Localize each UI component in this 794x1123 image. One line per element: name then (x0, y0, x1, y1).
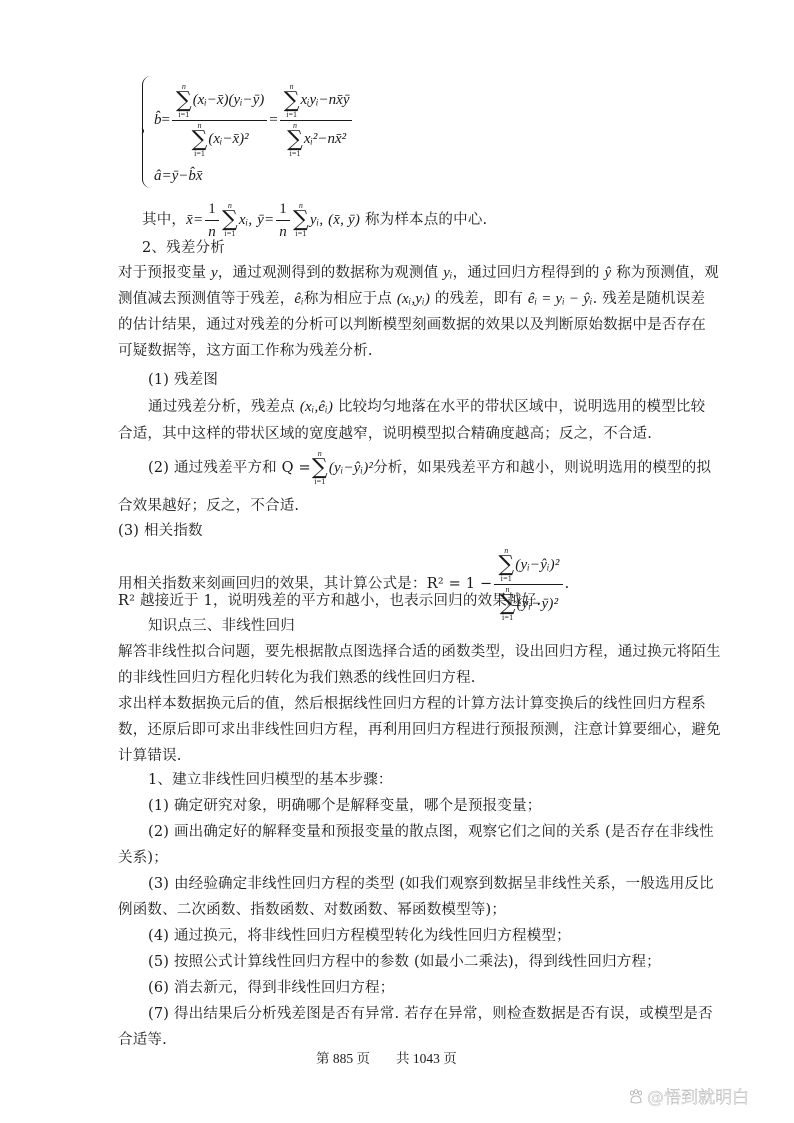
sum-lower: i=1 (194, 150, 205, 158)
summation: n ∑ i=1 (287, 122, 303, 158)
text: . 残差是随机误差 (593, 291, 706, 307)
sum-lower: i=1 (290, 150, 301, 158)
fraction-rule (205, 220, 219, 221)
summation: n ∑ i=1 (312, 450, 328, 486)
page-number-total: 共 1043 页 (396, 1051, 457, 1066)
paragraph-line: 的估计结果，通过对残差的分析可以判断模型刻画数据的效果以及判断原始数据中是否存在 (118, 315, 688, 335)
xbar-def: x̄= (186, 210, 203, 230)
summation: n ∑ i=1 (192, 122, 208, 158)
text: ，通过回归方程得到的 (453, 265, 605, 281)
denominator: n ∑ i=1 (xᵢ−x̄)² (188, 122, 252, 158)
subheading-correlation-index: (3) 相关指数 (118, 521, 688, 541)
step-item-continuation: 例函数、二次函数、指数函数、对数函数、幂函数模型等)； (118, 900, 688, 920)
fraction-rule (494, 584, 562, 585)
fraction-rule (276, 220, 290, 221)
text: 对于预报变量 (118, 265, 211, 281)
ybar-def: ȳ= (257, 210, 274, 230)
fraction-rule (280, 120, 353, 121)
paragraph-line: 通过残差分析，残差点 (xᵢ,êᵢ) 比较均匀地落在水平的带状区域中，说明选用的… (148, 397, 688, 417)
sample-center-definition: 其中， x̄= 1 n n ∑ i=1 xᵢ, ȳ= 1 n n ∑ i=1 y… (142, 202, 712, 238)
paragraph-line: 可疑数据等，这方面工作称为残差分析. (118, 341, 688, 361)
fraction-rule (172, 120, 267, 121)
sigma-icon: ∑ (287, 130, 303, 150)
step-item: (2) 画出确定好的解释变量和预报变量的散点图，观察它们之间的关系 (是否存在非… (148, 822, 688, 842)
math: (yᵢ−ŷᵢ)² (329, 458, 373, 478)
text: 称为样本点的中心. (365, 210, 487, 230)
numerator-expr: xᵢyᵢ−nx̄ȳ (300, 92, 349, 109)
one-over-n: 1 n (276, 199, 290, 242)
regression-coefficient-formulas: b̂ = n ∑ i=1 (xᵢ−x̄)(yᵢ−ȳ) n ∑ i=1 (142, 74, 402, 192)
math: êᵢ = yᵢ − ŷᵢ (528, 291, 593, 307)
summation: n ∑ i=1 (176, 83, 192, 119)
numerator: n ∑ i=1 (yᵢ−ŷᵢ)² (494, 547, 562, 583)
document-page: b̂ = n ∑ i=1 (xᵢ−x̄)(yᵢ−ȳ) n ∑ i=1 (0, 0, 794, 1123)
text: (2) 通过残差平方和 Q = (148, 458, 311, 478)
paragraph-line: 合效果越好；反之，不合适. (118, 496, 688, 516)
sum-lower: i=1 (224, 230, 235, 238)
math: yᵢ (443, 265, 452, 281)
sum-lower: i=1 (286, 111, 297, 119)
sigma-icon: ∑ (293, 210, 309, 230)
sum-lower: i=1 (178, 111, 189, 119)
page-footer: 第 885 页共 1043 页 (316, 1047, 483, 1067)
section-heading-residual-analysis: 2、残差分析 (142, 238, 712, 258)
numerator: 1 (205, 199, 219, 219)
fraction-2: n ∑ i=1 xᵢyᵢ−nx̄ȳ n ∑ i=1 xᵢ²−nx̄² (280, 83, 353, 158)
yi: yᵢ, (310, 210, 323, 230)
math: êᵢ (294, 291, 303, 307)
summation: n ∑ i=1 (222, 202, 238, 238)
paragraph-line: 对于预报变量 y，通过观测得到的数据称为观测值 yᵢ，通过回归方程得到的 ŷ 称… (118, 263, 688, 283)
sigma-icon: ∑ (192, 130, 208, 150)
step-item-continuation: 关系)； (118, 848, 688, 868)
text: 称为预测值，观 (611, 265, 719, 281)
numerator: 1 (276, 199, 290, 219)
section-heading-nonlinear-regression: 知识点三、非线性回归 (148, 616, 688, 636)
text: 比较均匀地落在水平的带状区域中，说明选用的模型比较 (333, 399, 705, 415)
text: 的残差，即有 (430, 291, 528, 307)
xi: xᵢ, (239, 210, 252, 230)
math: y (211, 265, 218, 281)
numerator: n ∑ i=1 xᵢyᵢ−nx̄ȳ (280, 83, 353, 119)
a-hat-equation: â=ȳ−b̂x̄ (154, 168, 203, 185)
left-brace (142, 76, 151, 188)
sigma-icon: ∑ (176, 91, 192, 111)
sigma-icon: ∑ (284, 91, 300, 111)
r-squared-conclusion: R² 越接近于 1，说明残差的平方和越小，也表示回归的效果越好. (118, 591, 688, 611)
one-over-n: 1 n (205, 199, 219, 242)
b-hat-symbol: b̂ (154, 112, 162, 129)
numerator: n ∑ i=1 (xᵢ−x̄)(yᵢ−ȳ) (172, 83, 267, 119)
steps-heading: 1、建立非线性回归模型的基本步骤： (148, 770, 688, 790)
sum-lower: i=1 (501, 575, 512, 583)
math: (xᵢ,yᵢ) (397, 291, 430, 307)
paragraph-line: 的非线性回归方程化归转化为我们熟悉的线性回归方程. (118, 668, 688, 688)
paragraph-line: 合适，其中这样的带状区域的宽度越窄，说明模型拟合精确度越高；反之，不合适. (118, 424, 688, 444)
step-item: (6) 消去新元，得到非线性回归方程； (148, 978, 688, 998)
step-item: (3) 由经验确定非线性回归方程的类型 (如我们观察到数据呈非线性关系，一般选用… (148, 874, 688, 894)
text: 其中， (142, 210, 186, 230)
sigma-icon: ∑ (222, 210, 238, 230)
paragraph-line: 解答非线性拟合问题，要先根据散点图选择合适的函数类型，设出回归方程，通过换元将陌… (118, 642, 688, 662)
text: 称为相应于点 (304, 291, 397, 307)
equals-sign: = (162, 112, 170, 129)
sigma-icon: ∑ (312, 458, 328, 478)
text: 测值减去预测值等于残差， (118, 291, 294, 307)
denominator-expr: (xᵢ−x̄)² (208, 131, 248, 148)
summation: n ∑ i=1 (284, 83, 300, 119)
sum-lower: i=1 (314, 478, 325, 486)
page-number-current: 第 885 页 (316, 1051, 370, 1066)
paragraph-line: 测值减去预测值等于残差，êᵢ称为相应于点 (xᵢ,yᵢ) 的残差，即有 êᵢ =… (118, 289, 688, 309)
step-item: (7) 得出结果后分析残差图是否有异常. 若存在异常，则检查数据是否有误，或模型… (148, 1004, 688, 1024)
equals-sign: = (269, 112, 277, 129)
step-item: (4) 通过换元，将非线性回归方程模型转化为线性回归方程模型； (148, 926, 688, 946)
text: ，通过观测得到的数据称为观测值 (218, 265, 443, 281)
denominator: n ∑ i=1 xᵢ²−nx̄² (283, 122, 349, 158)
numerator-expr: (yᵢ−ŷᵢ)² (515, 555, 559, 575)
fraction-1: n ∑ i=1 (xᵢ−x̄)(yᵢ−ȳ) n ∑ i=1 (xᵢ−x̄)² (172, 83, 267, 158)
center-pair: (x̄, ȳ) (328, 210, 360, 230)
sum-lower: i=1 (295, 230, 306, 238)
paragraph-line: 求出样本数据换元后的值，然后根据线性回归方程的计算方法计算变换后的线性回归方程系 (118, 694, 688, 714)
subheading-residual-plot: (1) 残差图 (148, 370, 688, 390)
paragraph-line: 计算错误. (118, 746, 688, 766)
denominator-expr: xᵢ²−nx̄² (304, 131, 346, 148)
watermark: @悟到就明白 (628, 1083, 749, 1108)
residual-sum-of-squares-line: (2) 通过残差平方和 Q = n ∑ i=1 (yᵢ−ŷᵢ)² 分析，如果残差… (148, 448, 688, 488)
step-item: (1) 确定研究对象，明确哪个是解释变量，哪个是预报变量； (148, 796, 688, 816)
b-hat-equation: b̂ = n ∑ i=1 (xᵢ−x̄)(yᵢ−ȳ) n ∑ i=1 (154, 74, 354, 166)
text: 分析，如果残差平方和越小，则说明选用的模型的拟 (373, 458, 711, 478)
summation: n ∑ i=1 (293, 202, 309, 238)
summation: n ∑ i=1 (498, 547, 514, 583)
baidu-paw-icon (628, 1089, 644, 1105)
sigma-icon: ∑ (498, 555, 514, 575)
paragraph-line: 数，还原后即可求出非线性回归方程，再利用回归方程进行预报预测，注意计算要细心，避… (118, 720, 688, 740)
numerator-expr: (xᵢ−x̄)(yᵢ−ȳ) (193, 92, 265, 109)
watermark-text: @悟到就明白 (647, 1088, 749, 1108)
step-item: (5) 按照公式计算线性回归方程中的参数 (如最小二乘法)，得到线性回归方程； (148, 952, 688, 972)
text: 通过残差分析，残差点 (148, 399, 300, 415)
math: (xᵢ,êᵢ) (300, 399, 333, 415)
